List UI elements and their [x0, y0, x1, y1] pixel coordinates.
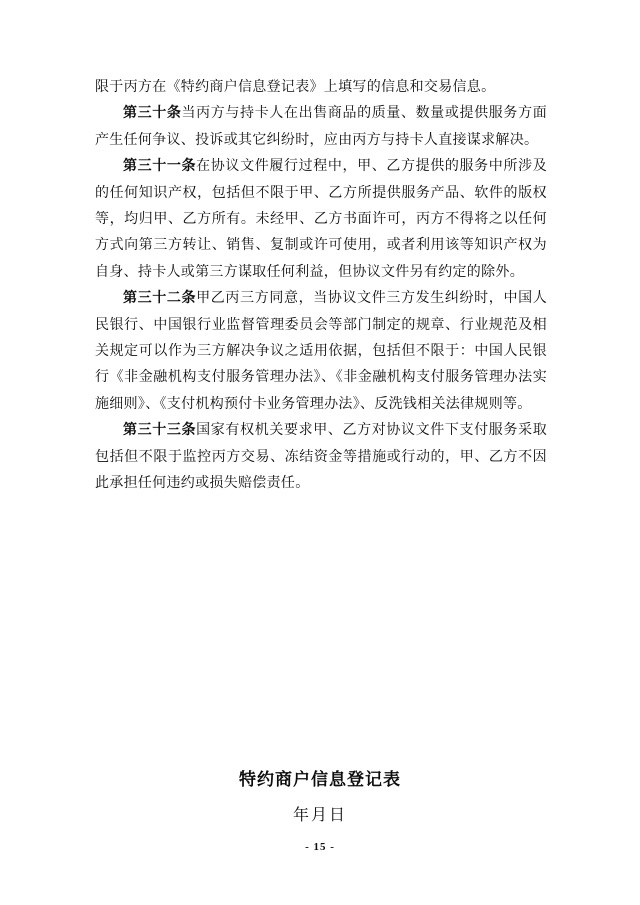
paragraph-clause-33: 第三十三条国家有权机关要求甲、乙方对协议文件下支付服务采取包括但不限于监控丙方交… [95, 416, 547, 495]
date-line: 年月日 [0, 804, 640, 827]
contract-body: 限于丙方在《特约商户信息登记表》上填写的信息和交易信息。 第三十条当丙方与持卡人… [95, 73, 547, 496]
paragraph-continuation: 限于丙方在《特约商户信息登记表》上填写的信息和交易信息。 [95, 73, 547, 99]
paragraph-clause-32: 第三十二条甲乙丙三方同意，当协议文件三方发生纠纷时，中国人民银行、中国银行业监督… [95, 284, 547, 416]
clause-number: 第三十一条 [123, 157, 196, 173]
paragraph-clause-31: 第三十一条在协议文件履行过程中，甲、乙方提供的服务中所涉及的任何知识产权，包括但… [95, 152, 547, 284]
document-page: 限于丙方在《特约商户信息登记表》上填写的信息和交易信息。 第三十条当丙方与持卡人… [0, 0, 640, 905]
page-number: - 15 - [0, 840, 640, 854]
paragraph-text: 在协议文件履行过程中，甲、乙方提供的服务中所涉及的任何知识产权，包括但不限于甲、… [95, 157, 547, 279]
form-title: 特约商户信息登记表 [0, 768, 640, 792]
paragraph-text: 甲乙丙三方同意，当协议文件三方发生纠纷时，中国人民银行、中国银行业监督管理委员会… [95, 289, 547, 411]
paragraph-clause-30: 第三十条当丙方与持卡人在出售商品的质量、数量或提供服务方面产生任何争议、投诉或其… [95, 99, 547, 152]
clause-number: 第三十三条 [123, 421, 196, 437]
paragraph-text: 限于丙方在《特约商户信息登记表》上填写的信息和交易信息。 [95, 78, 495, 94]
clause-number: 第三十条 [123, 104, 182, 120]
clause-number: 第三十二条 [123, 289, 196, 305]
